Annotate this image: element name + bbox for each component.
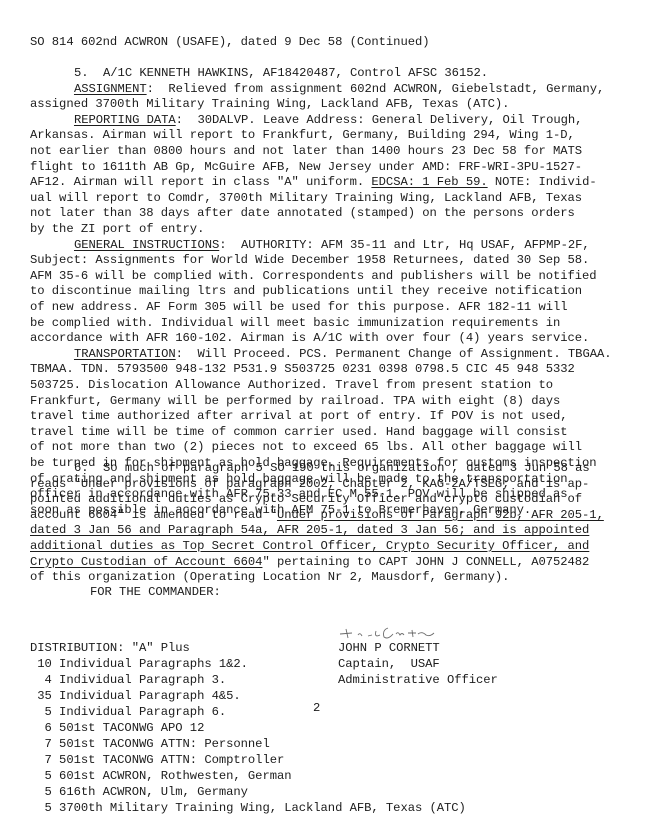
paragraph-6-line: 6. So much of paragraph 5 SO 190 this or…: [74, 461, 590, 476]
paragraph-5-line: TRANSPORTATION: Will Proceed. PCS. Perma…: [74, 347, 612, 362]
text-run: : 30DALVP. Leave Address: General Delive…: [176, 113, 583, 127]
paragraph-5-line: AF12. Airman will report in class "A" un…: [30, 175, 597, 190]
distribution-item: 10 Individual Paragraphs 1&2.: [30, 657, 248, 672]
underlined-text: Crypto Custodian of Account 6604: [30, 555, 262, 569]
text-run: Subject: Assignments for World Wide Dece…: [30, 253, 589, 267]
distribution-item: 4 Individual Paragraph 3.: [30, 673, 226, 688]
signer-title: Administrative Officer: [338, 673, 498, 688]
distribution-item: 6 501st TACONWG APO 12: [30, 721, 204, 736]
text-run: to discontinue mailing ltrs and publicat…: [30, 284, 582, 298]
paragraph-6-line: reads "Under provisions of paragraph 200…: [30, 477, 589, 492]
paragraph-6-line: dated 3 Jan 56 and Paragraph 54a, AFR 20…: [30, 523, 589, 538]
paragraph-6-line: pointed additional duties as Crypto Secu…: [30, 492, 582, 507]
paragraph-5-line: not later than 38 days after date annota…: [30, 206, 575, 221]
text-run: TBMAA. TDN. 5793500 948-132 P531.9 S5037…: [30, 362, 575, 376]
text-run: Frankfurt, Germany will be performed by …: [30, 394, 560, 408]
paragraph-6-line: additional duties as Top Secret Control …: [30, 539, 589, 554]
underlined-text: REPORTING DATA: [74, 113, 176, 127]
document-header: SO 814 602nd ACWRON (USAFE), dated 9 Dec…: [30, 35, 430, 50]
paragraph-5-line: be complied with. Individual will meet b…: [30, 316, 560, 331]
text-run: accordance with AFR 160-102. Airman is A…: [30, 331, 589, 345]
page-number: 2: [313, 701, 320, 716]
underlined-text: GENERAL INSTRUCTIONS: [74, 238, 219, 252]
signer-name: JOHN P CORNETT: [338, 641, 440, 656]
distribution-item: 5 3700th Military Training Wing, Lacklan…: [30, 801, 466, 816]
distribution-item: 5 616th ACWRON, Ulm, Germany: [30, 785, 248, 800]
text-run: not later than 38 days after date annota…: [30, 206, 575, 220]
text-run: account 6604" is amended to read ": [30, 508, 277, 522]
text-run: travel time authorized after arrival at …: [30, 409, 568, 423]
text-run: ual will report to Comdr, 3700th Militar…: [30, 191, 582, 205]
distribution-item: 5 601st ACWRON, Rothwesten, German: [30, 769, 292, 784]
paragraph-5-line: Arkansas. Airman will report to Frankfur…: [30, 128, 575, 143]
paragraph-5-line: TBMAA. TDN. 5793500 948-132 P531.9 S5037…: [30, 362, 575, 377]
underlined-text: Under provisions of Paragraph 92b, AFR 2…: [277, 508, 604, 522]
paragraph-5-line: assigned 3700th Military Training Wing, …: [30, 97, 509, 112]
text-run: assigned 3700th Military Training Wing, …: [30, 97, 509, 111]
text-run: of this organization (Operating Location…: [30, 570, 509, 584]
paragraph-5-line: to discontinue mailing ltrs and publicat…: [30, 284, 582, 299]
paragraph-5-line: of not more than two (2) pieces not to e…: [30, 440, 582, 455]
text-run: be complied with. Individual will meet b…: [30, 316, 560, 330]
paragraph-5-line: by the ZI port of entry.: [30, 222, 204, 237]
text-run: : Relieved from assignment 602nd ACWRON,…: [147, 82, 605, 96]
text-run: 503725. Dislocation Allowance Authorized…: [30, 378, 553, 392]
underlined-text: additional duties as Top Secret Control …: [30, 539, 589, 553]
paragraph-5-line: accordance with AFR 160-102. Airman is A…: [30, 331, 589, 346]
paragraph-5-line: ual will report to Comdr, 3700th Militar…: [30, 191, 582, 206]
paragraph-6-line: account 6604" is amended to read "Under …: [30, 508, 604, 523]
document-page: 5. A/1C KENNETH HAWKINS, AF18420487, Con…: [0, 0, 650, 825]
underlined-text: EDCSA: 1 Feb 59.: [371, 175, 487, 189]
distribution-item: 7 501st TACONWG ATTN: Personnel: [30, 737, 270, 752]
paragraph-5-line: travel time authorized after arrival at …: [30, 409, 568, 424]
underlined-text: TRANSPORTATION: [74, 347, 176, 361]
distribution-heading: DISTRIBUTION: "A" Plus: [30, 641, 190, 656]
text-run: travel time will be time of common carri…: [30, 425, 568, 439]
paragraph-6-line: Crypto Custodian of Account 6604" pertai…: [30, 555, 589, 570]
closing-line: FOR THE COMMANDER:: [90, 585, 221, 600]
text-run: pointed additional duties as Crypto Secu…: [30, 492, 582, 506]
paragraph-5-line: ASSIGNMENT: Relieved from assignment 602…: [74, 82, 604, 97]
paragraph-5-line: flight to 1611th AB Gp, McGuire AFB, New…: [30, 160, 582, 175]
paragraph-5-line: of new address. AF Form 305 will be used…: [30, 300, 568, 315]
text-run: AF12. Airman will report in class "A" un…: [30, 175, 371, 189]
text-run: AFM 35-6 will be complied with. Correspo…: [30, 269, 597, 283]
text-run: Arkansas. Airman will report to Frankfur…: [30, 128, 575, 142]
paragraph-5-line: Frankfurt, Germany will be performed by …: [30, 394, 560, 409]
text-run: 6. So much of paragraph 5 SO 190 this or…: [74, 461, 590, 475]
paragraph-5-line: GENERAL INSTRUCTIONS: AUTHORITY: AFM 35-…: [74, 238, 590, 253]
text-run: NOTE: Individ-: [488, 175, 597, 189]
paragraph-5-line: REPORTING DATA: 30DALVP. Leave Address: …: [74, 113, 582, 128]
distribution-item: 5 Individual Paragraph 6.: [30, 705, 226, 720]
text-run: by the ZI port of entry.: [30, 222, 204, 236]
distribution-item: 35 Individual Paragraph 4&5.: [30, 689, 241, 704]
paragraph-5-line: 5. A/1C KENNETH HAWKINS, AF18420487, Con…: [74, 66, 488, 81]
paragraph-5-line: 503725. Dislocation Allowance Authorized…: [30, 378, 553, 393]
paragraph-5-line: travel time will be time of common carri…: [30, 425, 568, 440]
text-run: " pertaining to CAPT JOHN J CONNELL, A07…: [262, 555, 589, 569]
underlined-text: dated 3 Jan 56 and Paragraph 54a, AFR 20…: [30, 523, 589, 537]
text-run: not earlier than 0800 hours and not late…: [30, 144, 582, 158]
paragraph-5-line: not earlier than 0800 hours and not late…: [30, 144, 582, 159]
text-run: 5. A/1C KENNETH HAWKINS, AF18420487, Con…: [74, 66, 488, 80]
text-run: reads "Under provisions of paragraph 200…: [30, 477, 589, 491]
text-run: of new address. AF Form 305 will be used…: [30, 300, 568, 314]
paragraph-6-line: of this organization (Operating Location…: [30, 570, 509, 585]
distribution-item: 7 501st TACONWG ATTN: Comptroller: [30, 753, 284, 768]
paragraph-5-line: Subject: Assignments for World Wide Dece…: [30, 253, 589, 268]
text-run: : Will Proceed. PCS. Permanent Change of…: [176, 347, 612, 361]
text-run: : AUTHORITY: AFM 35-11 and Ltr, Hq USAF,…: [219, 238, 589, 252]
text-run: flight to 1611th AB Gp, McGuire AFB, New…: [30, 160, 582, 174]
handwritten-signature: [338, 622, 438, 642]
signer-rank: Captain, USAF: [338, 657, 440, 672]
paragraph-5-line: AFM 35-6 will be complied with. Correspo…: [30, 269, 597, 284]
underlined-text: ASSIGNMENT: [74, 82, 147, 96]
text-run: of not more than two (2) pieces not to e…: [30, 440, 582, 454]
